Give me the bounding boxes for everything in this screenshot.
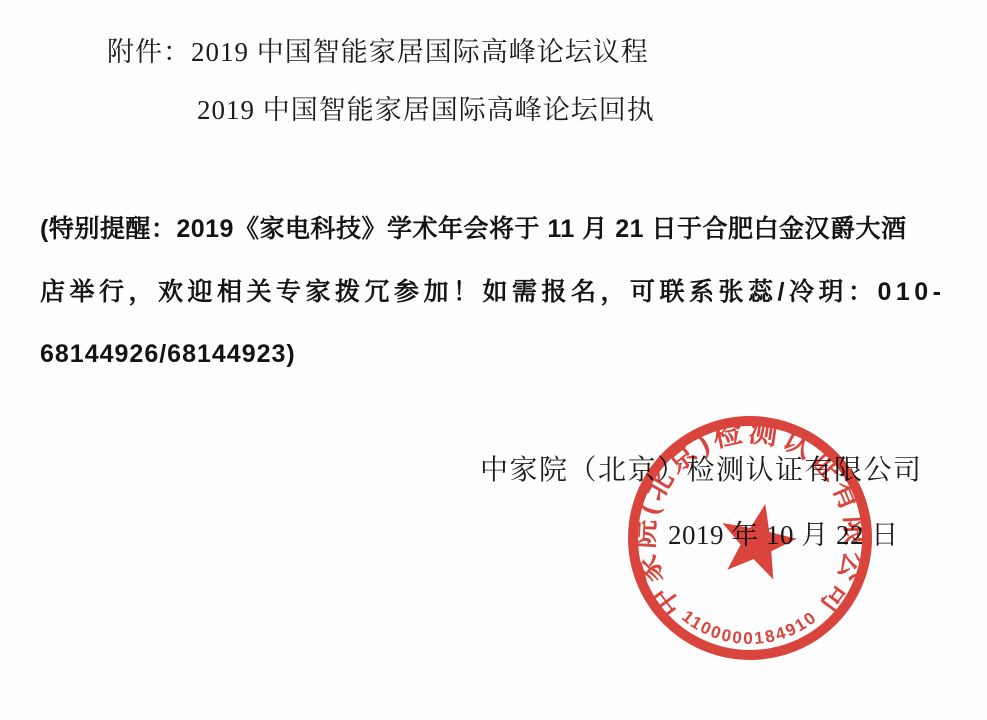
stamp-serial-number: 1100000184910	[678, 607, 821, 648]
reminder-paragraph-line-2: 店举行，欢迎相关专家拨冗参加！如需报名，可联系张蕊/冷玥：010-	[40, 277, 946, 307]
signature-date: 2019 年 10 月 22 日	[668, 520, 899, 551]
signature-company-name: 中家院（北京）检测认证有限公司	[480, 455, 923, 487]
reminder-paragraph-line-1: (特别提醒：2019《家电科技》学术年会将于 11 月 21 日于合肥白金汉爵大…	[40, 214, 906, 244]
scanned-letter-page: 附件：2019 中国智能家居国际高峰论坛议程 2019 中国智能家居国际高峰论坛…	[0, 0, 987, 720]
attachment-line-1: 附件：2019 中国智能家居国际高峰论坛议程	[107, 36, 649, 68]
stamp-serial-arc-path	[675, 613, 825, 644]
reminder-paragraph-line-3: 68144926/68144923)	[40, 339, 296, 369]
attachment-line-2: 2019 中国智能家居国际高峰论坛回执	[197, 94, 655, 126]
